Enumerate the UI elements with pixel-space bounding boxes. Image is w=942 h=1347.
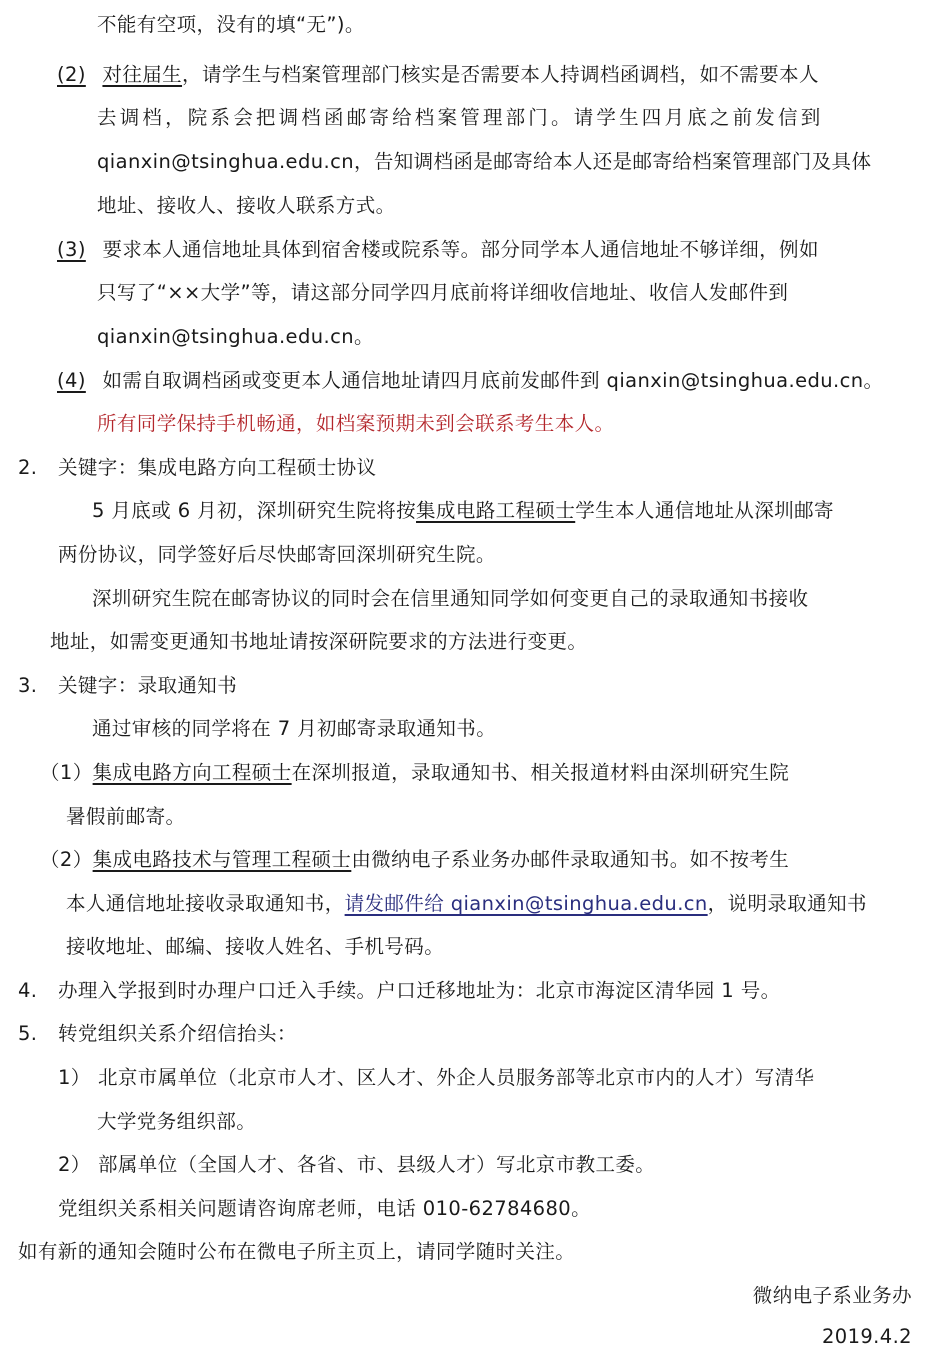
- text: ，说明录取通知书: [708, 892, 867, 915]
- item-marker: (2): [57, 63, 86, 86]
- underlined-lead: 对往届生: [102, 63, 182, 86]
- item-marker: （1）: [40, 761, 93, 784]
- item-marker: (4): [57, 369, 86, 392]
- red-note: 所有同学保持手机畅通，如档案预期未到会联系考生本人。: [97, 411, 614, 437]
- closing-note: 如有新的通知会随时公布在微电子所主页上，请同学随时关注。: [18, 1239, 575, 1265]
- text: 由微纳电子系业务办邮件录取通知书。如不按考生: [351, 848, 789, 871]
- section-number: 2.: [18, 455, 58, 481]
- item-marker: 1）: [58, 1065, 98, 1091]
- text: 部属单位（全国人才、各省、市、县级人才）写北京市教工委。: [98, 1153, 655, 1176]
- item-3-line3: qianxin@tsinghua.edu.cn。: [97, 324, 374, 350]
- item-2-line4: 地址、接收人、接收人联系方式。: [97, 193, 396, 219]
- section-2-p2-line1: 深圳研究生院在邮寄协议的同时会在信里通知同学如何变更自己的录取通知书接收: [92, 586, 808, 612]
- text: 北京市属单位（北京市人才、区人才、外企人员服务部等北京市内的人才）写清华: [98, 1066, 814, 1089]
- item-2-line2: 去调档，院系会把调档函邮寄给档案管理部门。请学生四月底之前发信到: [97, 105, 823, 131]
- text: 在深圳报道，录取通知书、相关报道材料由深圳研究生院: [292, 761, 790, 784]
- section-3-item2-line1: （2）集成电路技术与管理工程硕士由微纳电子系业务办邮件录取通知书。如不按考生: [40, 847, 789, 873]
- item-text: 如需自取调档函或变更本人通信地址请四月底前发邮件到 qianxin@tsingh…: [102, 369, 883, 392]
- item-3-line1: (3) 要求本人通信地址具体到宿舍楼或院系等。部分同学本人通信地址不够详细，例如: [57, 237, 819, 263]
- section-number: 5.: [18, 1021, 58, 1047]
- item-marker: （2）: [40, 848, 93, 871]
- section1-continued-line: 不能有空项，没有的填“无”)。: [97, 12, 365, 38]
- text: 5 月底或 6 月初，深圳研究生院将按: [92, 499, 416, 522]
- item-text: ，请学生与档案管理部门核实是否需要本人持调档函调档，如不需要本人: [182, 63, 819, 86]
- email-link[interactable]: 请发邮件给 qianxin@tsinghua.edu.cn: [345, 892, 708, 915]
- item-text: 要求本人通信地址具体到宿舍楼或院系等。部分同学本人通信地址不够详细，例如: [102, 238, 818, 261]
- underlined-program: 集成电路工程硕士: [416, 499, 575, 522]
- section-text: 办理入学报到时办理户口迁入手续。户口迁移地址为：北京市海淀区清华园 1 号。: [58, 979, 781, 1002]
- date: 2019.4.2: [822, 1324, 912, 1347]
- section-4: 4.办理入学报到时办理户口迁入手续。户口迁移地址为：北京市海淀区清华园 1 号。: [18, 978, 781, 1004]
- section-heading: 关键字：集成电路方向工程硕士协议: [58, 456, 376, 479]
- item-3-line2: 只写了“××大学”等，请这部分同学四月底前将详细收信地址、收信人发邮件到: [97, 280, 788, 306]
- section-5-item2: 2）部属单位（全国人才、各省、市、县级人才）写北京市教工委。: [58, 1152, 655, 1178]
- section-heading: 转党组织关系介绍信抬头：: [58, 1022, 297, 1045]
- text: 学生本人通信地址从深圳邮寄: [575, 499, 834, 522]
- section-heading: 关键字：录取通知书: [58, 674, 237, 697]
- text: 本人通信地址接收录取通知书，: [66, 892, 345, 915]
- section-number: 3.: [18, 673, 58, 699]
- item-4-line1: (4) 如需自取调档函或变更本人通信地址请四月底前发邮件到 qianxin@ts…: [57, 368, 883, 394]
- section-2-heading: 2.关键字：集成电路方向工程硕士协议: [18, 455, 376, 481]
- section-5-heading: 5.转党组织关系介绍信抬头：: [18, 1021, 297, 1047]
- section-3-heading: 3.关键字：录取通知书: [18, 673, 237, 699]
- item-2-line3: qianxin@tsinghua.edu.cn，告知调档函是邮寄给本人还是邮寄给…: [97, 149, 871, 175]
- section-2-p1-line1: 5 月底或 6 月初，深圳研究生院将按集成电路工程硕士学生本人通信地址从深圳邮寄: [92, 498, 834, 524]
- item-2-line1: (2) 对往届生，请学生与档案管理部门核实是否需要本人持调档函调档，如不需要本人: [57, 62, 819, 88]
- section-5-contact: 党组织关系相关问题请咨询席老师，电话 010-62784680。: [58, 1196, 591, 1222]
- section-3-intro: 通过审核的同学将在 7 月初邮寄录取通知书。: [92, 716, 496, 742]
- section-3-item2-line3: 接收地址、邮编、接收人姓名、手机号码。: [66, 934, 444, 960]
- section-5-item1-line2: 大学党务组织部。: [97, 1109, 256, 1135]
- section-3-item1-line1: （1）集成电路方向工程硕士在深圳报道，录取通知书、相关报道材料由深圳研究生院: [40, 760, 789, 786]
- section-3-item1-line2: 暑假前邮寄。: [66, 804, 185, 830]
- section-5-item1-line1: 1）北京市属单位（北京市人才、区人才、外企人员服务部等北京市内的人才）写清华: [58, 1065, 814, 1091]
- signature: 微纳电子系业务办: [753, 1283, 912, 1309]
- item-marker: (3): [57, 238, 86, 261]
- section-number: 4.: [18, 978, 58, 1004]
- underlined-program: 集成电路技术与管理工程硕士: [93, 848, 352, 871]
- section-2-p1-line2: 两份协议，同学签好后尽快邮寄回深圳研究生院。: [58, 542, 496, 568]
- section-2-p2-line2: 地址，如需变更通知书地址请按深研院要求的方法进行变更。: [50, 629, 587, 655]
- item-marker: 2）: [58, 1152, 98, 1178]
- underlined-program: 集成电路方向工程硕士: [93, 761, 292, 784]
- section-3-item2-line2: 本人通信地址接收录取通知书，请发邮件给 qianxin@tsinghua.edu…: [66, 891, 867, 917]
